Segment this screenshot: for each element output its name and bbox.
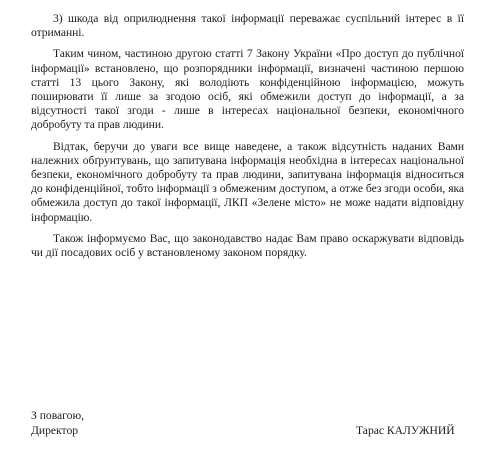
signer-name: Тарас КАЛУЖНИЙ: [356, 424, 455, 438]
document-page: 3) шкода від оприлюднення такої інформац…: [0, 0, 480, 458]
signer-position: Директор: [31, 424, 84, 439]
letter-body: 3) шкода від оприлюднення такої інформац…: [31, 12, 464, 267]
paragraph-conclusion: Відтак, беручи до уваги все вище наведен…: [31, 140, 464, 225]
salutation: З повагою,: [31, 409, 84, 424]
closing-block: З повагою, Директор: [31, 409, 84, 438]
paragraph-law-reference: Таким чином, частиною другою статті 7 За…: [31, 47, 464, 132]
paragraph-harm-clause: 3) шкода від оприлюднення такої інформац…: [31, 12, 464, 40]
paragraph-appeal-right: Також інформуємо Вас, що законодавство н…: [31, 232, 464, 260]
